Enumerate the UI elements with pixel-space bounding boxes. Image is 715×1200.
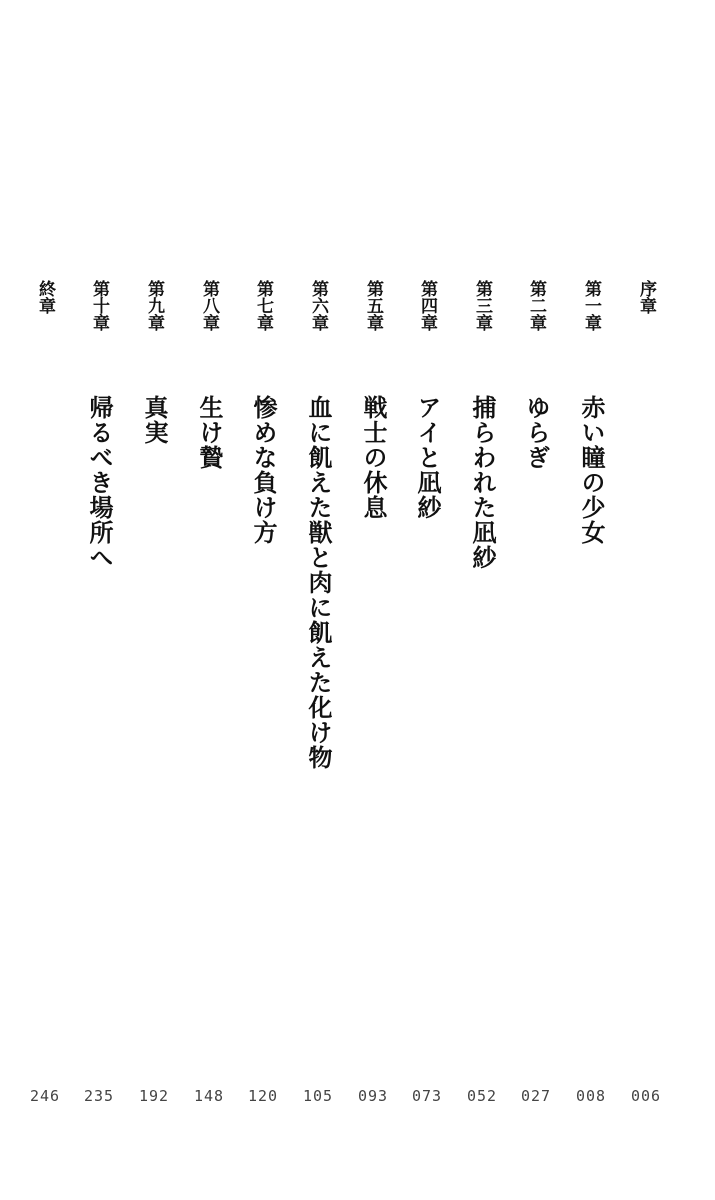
toc-entry-chapter-4[interactable]: 第四章 アイと凪紗 073 [412, 0, 442, 1200]
chapter-number: 第一章 [576, 280, 606, 331]
toc-entry-chapter-5[interactable]: 第五章 戦士の休息 093 [358, 0, 388, 1200]
toc-entry-chapter-1[interactable]: 第一章 赤い瞳の少女 008 [576, 0, 606, 1200]
toc-entry-epilogue[interactable]: 終章 246 [30, 0, 60, 1200]
toc-entry-prologue[interactable]: 序章 006 [631, 0, 661, 1200]
chapter-number: 第七章 [248, 280, 278, 331]
toc-entry-chapter-7[interactable]: 第七章 惨めな負け方 120 [248, 0, 278, 1200]
chapter-title: 戦士の休息 [358, 395, 388, 520]
chapter-title: 真実 [139, 395, 169, 445]
page-number: 192 [131, 1087, 177, 1105]
chapter-title: 血に飢えた獣と肉に飢えた化け物 [303, 395, 333, 770]
page-number: 246 [22, 1087, 68, 1105]
chapter-number: 序章 [631, 280, 661, 314]
toc-entry-chapter-8[interactable]: 第八章 生け贄 148 [194, 0, 224, 1200]
chapter-title: 帰るべき場所へ [84, 395, 114, 570]
page-number: 006 [623, 1087, 669, 1105]
toc-entry-chapter-9[interactable]: 第九章 真実 192 [139, 0, 169, 1200]
chapter-number: 第十章 [84, 280, 114, 331]
chapter-title: 赤い瞳の少女 [576, 395, 606, 545]
page-number: 073 [404, 1087, 450, 1105]
chapter-title: アイと凪紗 [412, 395, 442, 520]
toc-entry-chapter-10[interactable]: 第十章 帰るべき場所へ 235 [84, 0, 114, 1200]
chapter-number: 第六章 [303, 280, 333, 331]
page-number: 148 [186, 1087, 232, 1105]
page-number: 120 [240, 1087, 286, 1105]
chapter-number: 第八章 [194, 280, 224, 331]
chapter-title: 生け贄 [194, 395, 224, 470]
page-number: 093 [350, 1087, 396, 1105]
page-number: 052 [459, 1087, 505, 1105]
chapter-number: 第四章 [412, 280, 442, 331]
chapter-number: 終章 [30, 280, 60, 314]
toc-entry-chapter-3[interactable]: 第三章 捕らわれた凪紗 052 [467, 0, 497, 1200]
page-number: 105 [295, 1087, 341, 1105]
page-number: 235 [76, 1087, 122, 1105]
toc-entry-chapter-2[interactable]: 第二章 ゆらぎ 027 [521, 0, 551, 1200]
chapter-number: 第九章 [139, 280, 169, 331]
chapter-title: 惨めな負け方 [248, 395, 278, 545]
chapter-number: 第二章 [521, 280, 551, 331]
chapter-title: ゆらぎ [521, 395, 551, 470]
chapter-number: 第三章 [467, 280, 497, 331]
toc-entry-chapter-6[interactable]: 第六章 血に飢えた獣と肉に飢えた化け物 105 [303, 0, 333, 1200]
chapter-number: 第五章 [358, 280, 388, 331]
page-number: 008 [568, 1087, 614, 1105]
chapter-title: 捕らわれた凪紗 [467, 395, 497, 570]
page-number: 027 [513, 1087, 559, 1105]
